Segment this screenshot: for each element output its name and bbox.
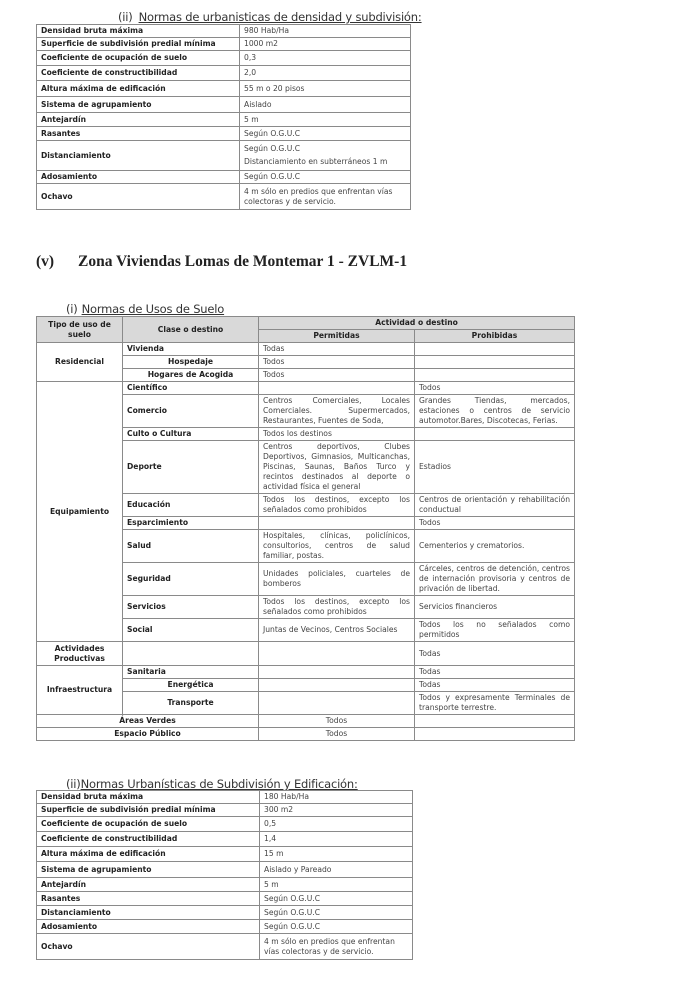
row-key: Coeficiente de constructibilidad <box>37 66 240 81</box>
group-actividades-productivas: Actividades Productivas <box>37 642 123 666</box>
caption-text: Normas de urbanisticas de densidad y sub… <box>139 10 422 24</box>
row-value: 2,0 <box>240 66 411 81</box>
row-key: Superficie de subdivisión predial mínima <box>37 38 240 51</box>
row-key: Ochavo <box>37 934 260 960</box>
permitidas-cell: Centros deportivos, Clubes Deportivos, G… <box>259 441 415 494</box>
clase-cell: Esparcimiento <box>123 517 259 530</box>
bottom-table-caption: (ii)Normas Urbanísticas de Subdivisión y… <box>66 777 358 791</box>
table-row: DistanciamientoSegún O.G.U.CDistanciamie… <box>37 141 411 171</box>
row-key: Rasantes <box>37 127 240 141</box>
table-row: Densidad bruta máxima980 Hab/Ha <box>37 25 411 38</box>
permitidas-cell <box>259 679 415 692</box>
table-row: RasantesSegún O.G.U.C <box>37 127 411 141</box>
land-use-caption: (i)Normas de Usos de Suelo <box>66 302 224 316</box>
row-value: Según O.G.U.C <box>260 906 413 920</box>
header-tipo: Tipo de uso de suelo <box>37 317 123 343</box>
prohibidas-cell: Todos <box>415 517 575 530</box>
caption-text: Normas de Usos de Suelo <box>82 302 225 316</box>
permitidas-cell: Todos los destinos, excepto los señalado… <box>259 596 415 619</box>
caption-number: (ii) <box>118 10 133 24</box>
row-value: 5 m <box>260 878 413 892</box>
row-value-line: Según O.G.U.C <box>244 144 406 157</box>
land-use-table: Tipo de uso de suelo Clase o destino Act… <box>36 316 575 741</box>
clase-cell: Hospedaje <box>123 356 259 369</box>
row-value: Según O.G.U.C <box>240 171 411 184</box>
row-key: Distanciamiento <box>37 906 260 920</box>
prohibidas-cell: Estadios <box>415 441 575 494</box>
table-row: AdosamientoSegún O.G.U.C <box>37 920 413 934</box>
table-row: Áreas Verdes Todos <box>37 715 575 728</box>
row-value: Según O.G.U.CDistanciamiento en subterrá… <box>240 141 411 171</box>
row-key: Adosamiento <box>37 171 240 184</box>
clase-cell: Vivienda <box>123 343 259 356</box>
row-value: 5 m <box>240 113 411 127</box>
row-value: 0,5 <box>260 817 413 832</box>
permitidas-cell: Juntas de Vecinos, Centros Sociales <box>259 619 415 642</box>
row-key: Altura máxima de edificación <box>37 81 240 97</box>
permitidas-cell <box>259 517 415 530</box>
permitidas-cell: Todos los destinos <box>259 428 415 441</box>
row-key: Distanciamiento <box>37 141 240 171</box>
clase-cell: Servicios <box>123 596 259 619</box>
permitidas-cell: Todos <box>259 728 415 741</box>
section-number: (v) <box>36 253 78 271</box>
subdivision-edification-table: Densidad bruta máxima180 Hab/Ha Superfic… <box>36 790 413 960</box>
prohibidas-cell: Grandes Tiendas, mercados, estaciones o … <box>415 395 575 428</box>
row-key: Altura máxima de edificación <box>37 847 260 862</box>
density-subdivision-table: Densidad bruta máxima980 Hab/Ha Superfic… <box>36 24 411 210</box>
row-value: 4 m sólo en predios que enfrentan vías c… <box>240 184 411 210</box>
table-row: AdosamientoSegún O.G.U.C <box>37 171 411 184</box>
permitidas-cell <box>259 692 415 715</box>
row-key: Densidad bruta máxima <box>37 25 240 38</box>
table-row: Coeficiente de constructibilidad1,4 <box>37 832 413 847</box>
table-row: Sistema de agrupamientoAislado y Pareado <box>37 862 413 878</box>
group-infraestructura: Infraestructura <box>37 666 123 715</box>
row-value: 4 m sólo en predios que enfrentan vías c… <box>260 934 413 960</box>
permitidas-cell: Todos <box>259 356 415 369</box>
row-value: Aislado <box>240 97 411 113</box>
permitidas-cell <box>259 382 415 395</box>
row-key: Densidad bruta máxima <box>37 791 260 804</box>
row-key: Rasantes <box>37 892 260 906</box>
prohibidas-cell <box>415 369 575 382</box>
clase-cell <box>123 642 259 666</box>
table-row: Residencial Vivienda Todas <box>37 343 575 356</box>
header-permitidas: Permitidas <box>259 330 415 343</box>
row-key: Superficie de subdivisión predial mínima <box>37 804 260 817</box>
row-key: Antejardín <box>37 113 240 127</box>
prohibidas-cell: Todos los no señalados como permitidos <box>415 619 575 642</box>
group-equipamiento: Equipamiento <box>37 382 123 642</box>
row-value: 55 m o 20 pisos <box>240 81 411 97</box>
header-clase: Clase o destino <box>123 317 259 343</box>
row-key: Antejardín <box>37 878 260 892</box>
clase-cell: Social <box>123 619 259 642</box>
prohibidas-cell <box>415 728 575 741</box>
table-row: Superficie de subdivisión predial mínima… <box>37 804 413 817</box>
clase-cell: Seguridad <box>123 563 259 596</box>
header-actividad: Actividad o destino <box>259 317 575 330</box>
clase-cell: Culto o Cultura <box>123 428 259 441</box>
permitidas-cell: Hospitales, clínicas, policlínicos, cons… <box>259 530 415 563</box>
row-key: Sistema de agrupamiento <box>37 97 240 113</box>
table-row: Coeficiente de ocupación de suelo0,5 <box>37 817 413 832</box>
prohibidas-cell: Cementerios y crematorios. <box>415 530 575 563</box>
table-row: Infraestructura Sanitaria Todas <box>37 666 575 679</box>
permitidas-cell: Todos <box>259 715 415 728</box>
clase-cell: Transporte <box>123 692 259 715</box>
row-value: Según O.G.U.C <box>260 920 413 934</box>
row-value: Según O.G.U.C <box>240 127 411 141</box>
clase-cell: Hogares de Acogida <box>123 369 259 382</box>
table-row: Densidad bruta máxima180 Hab/Ha <box>37 791 413 804</box>
group-residencial: Residencial <box>37 343 123 382</box>
section-heading: (v)Zona Viviendas Lomas de Montemar 1 - … <box>36 253 407 271</box>
prohibidas-cell <box>415 343 575 356</box>
row-key: Coeficiente de ocupación de suelo <box>37 817 260 832</box>
prohibidas-cell: Todos <box>415 382 575 395</box>
row-key: Ochavo <box>37 184 240 210</box>
section-title: Zona Viviendas Lomas de Montemar 1 - ZVL… <box>78 253 407 270</box>
row-value: Aislado y Pareado <box>260 862 413 878</box>
top-table-caption: (ii)Normas de urbanisticas de densidad y… <box>118 10 422 24</box>
permitidas-cell: Todos <box>259 369 415 382</box>
clase-cell: Comercio <box>123 395 259 428</box>
row-value: 0,3 <box>240 51 411 66</box>
row-value: 1000 m2 <box>240 38 411 51</box>
table-row: DistanciamientoSegún O.G.U.C <box>37 906 413 920</box>
table-row: Coeficiente de constructibilidad2,0 <box>37 66 411 81</box>
prohibidas-cell: Todas <box>415 679 575 692</box>
table-row: Coeficiente de ocupación de suelo0,3 <box>37 51 411 66</box>
table-row: Altura máxima de edificación15 m <box>37 847 413 862</box>
row-value: 180 Hab/Ha <box>260 791 413 804</box>
caption-number: (ii) <box>66 777 81 791</box>
caption-text: Normas Urbanísticas de Subdivisión y Edi… <box>81 777 358 791</box>
row-value: 300 m2 <box>260 804 413 817</box>
row-key: Coeficiente de ocupación de suelo <box>37 51 240 66</box>
table-row: Altura máxima de edificación55 m o 20 pi… <box>37 81 411 97</box>
prohibidas-cell: Centros de orientación y rehabilitación … <box>415 494 575 517</box>
caption-number: (i) <box>66 302 78 316</box>
clase-cell: Salud <box>123 530 259 563</box>
row-value: 15 m <box>260 847 413 862</box>
table-row: Antejardín5 m <box>37 113 411 127</box>
permitidas-cell: Centros Comerciales, Locales Comerciales… <box>259 395 415 428</box>
prohibidas-cell: Cárceles, centros de detención, centros … <box>415 563 575 596</box>
row-key: Sistema de agrupamiento <box>37 862 260 878</box>
permitidas-cell <box>259 642 415 666</box>
row-value: 980 Hab/Ha <box>240 25 411 38</box>
table-row: Ochavo4 m sólo en predios que enfrentan … <box>37 934 413 960</box>
permitidas-cell <box>259 666 415 679</box>
permitidas-cell: Todas <box>259 343 415 356</box>
clase-cell: Científico <box>123 382 259 395</box>
row-value-line: Distanciamiento en subterráneos 1 m <box>244 157 406 167</box>
table-row: Espacio Público Todos <box>37 728 575 741</box>
row-value: Según O.G.U.C <box>260 892 413 906</box>
prohibidas-cell: Todas <box>415 666 575 679</box>
header-prohibidas: Prohibidas <box>415 330 575 343</box>
prohibidas-cell: Todas <box>415 642 575 666</box>
table-row: Superficie de subdivisión predial mínima… <box>37 38 411 51</box>
permitidas-cell: Todos los destinos, excepto los señalado… <box>259 494 415 517</box>
table-row: Ochavo4 m sólo en predios que enfrentan … <box>37 184 411 210</box>
permitidas-cell: Unidades policiales, cuarteles de bomber… <box>259 563 415 596</box>
row-key: Coeficiente de constructibilidad <box>37 832 260 847</box>
row-key: Adosamiento <box>37 920 260 934</box>
prohibidas-cell <box>415 715 575 728</box>
table-row: RasantesSegún O.G.U.C <box>37 892 413 906</box>
prohibidas-cell: Todos y expresamente Terminales de trans… <box>415 692 575 715</box>
prohibidas-cell: Servicios financieros <box>415 596 575 619</box>
table-row: Antejardín5 m <box>37 878 413 892</box>
table-row: Actividades Productivas Todas <box>37 642 575 666</box>
row-value: 1,4 <box>260 832 413 847</box>
prohibidas-cell <box>415 428 575 441</box>
clase-cell: Sanitaria <box>123 666 259 679</box>
clase-cell: Energética <box>123 679 259 692</box>
clase-cell: Educación <box>123 494 259 517</box>
header-row: Tipo de uso de suelo Clase o destino Act… <box>37 317 575 330</box>
table-row: Sistema de agrupamientoAislado <box>37 97 411 113</box>
clase-cell: Deporte <box>123 441 259 494</box>
prohibidas-cell <box>415 356 575 369</box>
group-espacio-publico: Espacio Público <box>37 728 259 741</box>
group-areas-verdes: Áreas Verdes <box>37 715 259 728</box>
table-row: Equipamiento Científico Todos <box>37 382 575 395</box>
